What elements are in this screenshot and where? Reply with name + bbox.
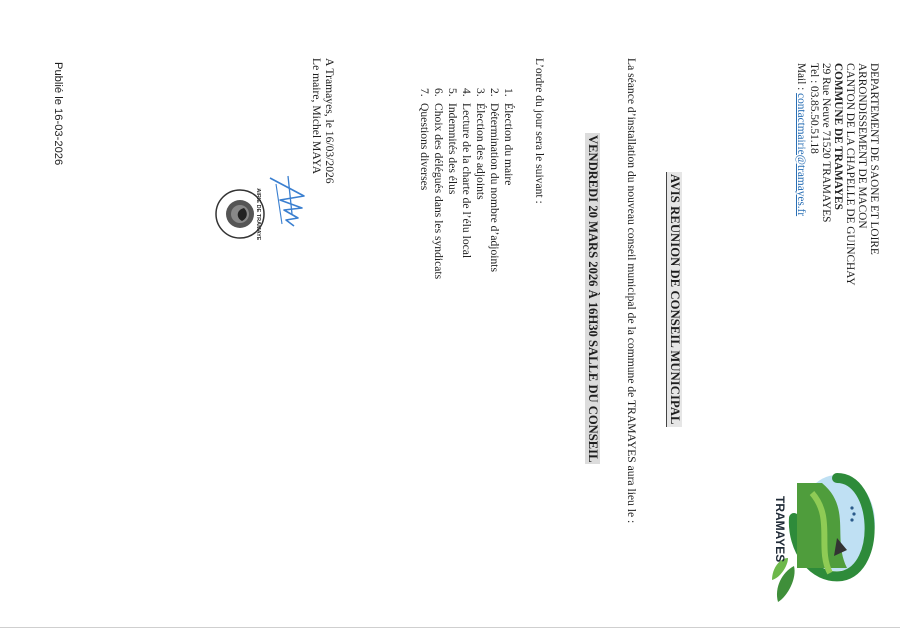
phone: Tel : 03.85.50.51.18	[807, 63, 819, 285]
published-date: Publié le 16-03-2026	[52, 62, 64, 165]
document-page: DEPARTEMENT DE SAONE ET LOIRE ARRONDISSE…	[0, 0, 900, 636]
svg-text:TRAMAYES: TRAMAYES	[773, 496, 787, 562]
agenda-item: 2.Détermination du nombre d’adjoints	[487, 88, 501, 279]
meeting-date: VENDREDI 20 MARS 2026 À 16H30 SALLE DU C…	[585, 133, 600, 464]
signoff: A Tramayes, le 16/03/2026 Le maire, Mich…	[310, 58, 335, 184]
commune-name: COMMUNE DE TRAMAYES	[832, 63, 844, 285]
signature-icon	[266, 174, 310, 234]
letterhead-line: DEPARTEMENT DE SAONE ET LOIRE	[868, 63, 880, 285]
agenda-item: 7.Questions diverses	[417, 88, 431, 279]
agenda-item: 1.Élection du maire	[501, 88, 515, 279]
logo-emblem-icon: TRAMAYES	[772, 438, 892, 608]
letterhead-line: CANTON DE LA CHAPELLE DE GUINCHAY	[844, 63, 856, 285]
tramayes-logo: TRAMAYES	[772, 438, 892, 608]
address: 29 Rue Neuve 71520 TRAMAYES	[820, 63, 832, 285]
agenda-item: 5.Indemnités des élus	[445, 88, 459, 279]
notice-title: AVIS REUNION DE CONSEIL MUNICIPAL	[666, 172, 682, 427]
svg-text:MAIRIE DE TRAMAYES: MAIRIE DE TRAMAYES	[255, 188, 261, 240]
agenda-item: 4.Lecture de la charte de l’élu local	[459, 88, 473, 279]
intro-text: La séance d’installation du nouveau cons…	[625, 58, 638, 523]
place-date: A Tramayes, le 16/03/2026	[323, 58, 336, 184]
agenda-item: 3.Élection des adjoints	[473, 88, 487, 279]
letterhead: DEPARTEMENT DE SAONE ET LOIRE ARRONDISSE…	[795, 63, 880, 285]
signer: Le maire, Michel MAYA	[310, 58, 323, 184]
mail-line: Mail : contactmairie@tramayes.fr	[795, 63, 807, 285]
agenda-item: 6.Choix des délégués dans les syndicats	[431, 88, 445, 279]
mail-link[interactable]: contactmairie@tramayes.fr	[795, 93, 807, 216]
official-stamp-icon: MAIRIE DE TRAMAYES	[214, 188, 266, 240]
agenda-intro: L’ordre du jour sera le suivant :	[533, 58, 546, 204]
mail-label: Mail :	[795, 63, 807, 93]
letterhead-line: ARRONDISSEMENT DE MACON	[856, 63, 868, 285]
agenda-list: 1.Élection du maire 2.Détermination du n…	[417, 88, 515, 279]
